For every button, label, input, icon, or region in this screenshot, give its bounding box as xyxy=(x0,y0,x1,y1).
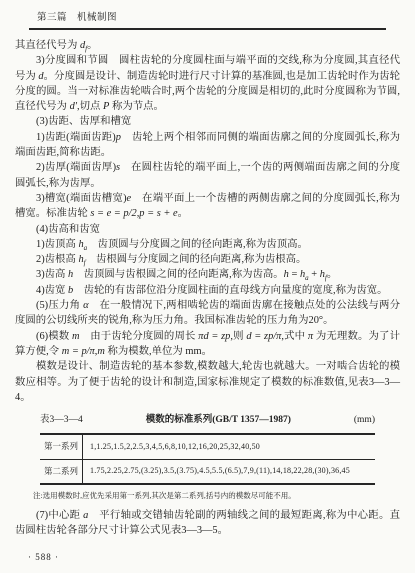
text-run: 。 xyxy=(87,40,97,51)
table-number: 表3—3—4 xyxy=(40,413,83,428)
text-run: 。 xyxy=(178,208,188,219)
text-run: 4)齿宽 xyxy=(36,285,68,296)
running-head-text: 第三篇 机械制图 xyxy=(37,13,117,23)
page-number: · 588 · xyxy=(28,552,59,562)
text-run: + xyxy=(309,269,320,280)
text-run: (5)压力角 xyxy=(36,300,83,311)
paragraph-centre-distance: (7)中心距 a 平行轴或交错轴齿轮副的两轴线之间的最短距离,称为中心距。直齿圆… xyxy=(15,508,400,539)
math-var: m xyxy=(72,331,80,342)
math-var: m xyxy=(97,346,105,357)
paragraph-tooth-thickness: 2)齿厚(端面齿厚)s 在圆柱齿轮的端平面上,一个齿的两侧端面齿廓之间的分度圆弧… xyxy=(15,160,400,191)
text-run: 2)齿厚(端面齿厚) xyxy=(36,162,116,173)
text-run: 齿根圆与分度圆之间的径向距离,称为齿根高。 xyxy=(86,254,307,265)
paragraph-diameter-symbol: 其直径代号为 df。 xyxy=(15,38,400,53)
text-run: 其直径代号为 xyxy=(15,40,80,51)
text-run: = xyxy=(289,269,300,280)
paragraph-addendum: 1)齿顶高 ha 齿顶圆与分度圆之间的径向距离,称为齿顶高。 xyxy=(15,237,400,252)
text-run: (4)齿高和齿宽 xyxy=(36,224,100,235)
table-row: 第一系列 1,1.25,1.5,2,2.5,3,4,5,6,8,10,12,16… xyxy=(40,434,375,459)
text-run: ,式中 xyxy=(281,331,308,342)
text-run: 齿顶圆与分度圆之间的径向距离,称为齿顶高。 xyxy=(87,239,308,250)
paragraph-module: (6)模数 m 由于齿轮分度圆的周长 πd = zp,则 d = zp/π,式中… xyxy=(15,329,400,360)
table-caption: 表3—3—4 模数的标准系列(GB/T 1357—1987) (mm) xyxy=(40,413,375,428)
paragraph-pressure-angle: (5)压力角 α 在一般情况下,两相啮轮齿的端面齿廓在接触点处的公法线与两分度圆… xyxy=(15,298,400,329)
document-page: 第三篇 机械制图 其直径代号为 df。 3)分度圆和节圆 圆柱齿轮的分度圆柱面与… xyxy=(0,0,415,573)
table-title: 模数的标准系列(GB/T 1357—1987) xyxy=(146,413,291,428)
math-var: d′ xyxy=(70,101,77,112)
module-table-block: 表3—3—4 模数的标准系列(GB/T 1357—1987) (mm) 第一系列… xyxy=(40,413,375,485)
table-note: 注:选用模数时,应优先采用第一系列,其次是第二系列,括号内的模数尽可能不用。 xyxy=(33,491,390,501)
text-run: 1)齿顶高 xyxy=(36,239,78,250)
page-body: 其直径代号为 df。 3)分度圆和节圆 圆柱齿轮的分度圆柱面与端平面的交线,称为… xyxy=(15,38,400,539)
text-run: 称为模数,单位为 mm。 xyxy=(105,346,212,357)
text-run: 模数是设计、制造齿轮的基本参数,模数越大,轮齿也就越大。一对啮合齿轮的模数应相等… xyxy=(15,361,400,403)
paragraph-face-width: 4)齿宽 b 齿轮的有齿部位沿分度圆柱面的直母线方向量度的宽度,称为齿宽。 xyxy=(15,283,400,298)
text-run: 。 xyxy=(327,269,337,280)
table-row: 第二系列 1.75,2.25,2.75,(3.25),3.5,(3.75),4.… xyxy=(40,459,375,484)
text-run: 称为节点。 xyxy=(109,101,164,112)
text-run: (6)模数 xyxy=(36,331,72,342)
module-standard-table: 第一系列 1,1.25,1.5,2,2.5,3,4,5,6,8,10,12,16… xyxy=(40,433,375,485)
math-formula: m = p/π xyxy=(62,346,95,357)
running-head: 第三篇 机械制图 xyxy=(29,9,386,30)
math-formula: s = e = p/2,p = s + e xyxy=(90,208,177,219)
paragraph-module-standard: 模数是设计、制造齿轮的基本参数,模数越大,轮齿也就越大。一对啮合齿轮的模数应相等… xyxy=(15,359,400,405)
row-values-cell: 1,1.25,1.5,2,2.5,3,4,5,6,8,10,12,16,20,2… xyxy=(83,434,376,459)
paragraph-tooth-height: 3)齿高 h 齿顶圆与齿根圆之间的径向距离,称为齿高。h = ha + hf。 xyxy=(15,267,400,282)
paragraph-space-width: 3)槽宽(端面齿槽宽)e 在端平面上一个齿槽的两侧齿廓之间的分度圆弧长,称为槽宽… xyxy=(15,191,400,222)
text-run: (7)中心距 xyxy=(36,510,83,521)
text-run: 齿轮的有齿部位沿分度圆柱面的直母线方向量度的宽度,称为齿宽。 xyxy=(73,285,387,296)
text-run: 2)齿根高 xyxy=(36,254,78,265)
row-label-cell: 第一系列 xyxy=(40,434,83,459)
text-run: 齿顶圆与齿根圆之间的径向距离,称为齿高。 xyxy=(73,269,283,280)
math-formula: πd = zp xyxy=(198,331,230,342)
heading-pitch-thickness-width: (3)齿距、齿厚和槽宽 xyxy=(15,114,400,129)
math-formula: d = zp/π xyxy=(246,331,281,342)
paragraph-pitch-circle: 3)分度圆和节圆 圆柱齿轮的分度圆柱面与端平面的交线,称为分度圆,其直径代号为 … xyxy=(15,53,400,114)
text-run: 由于齿轮分度圆的周长 xyxy=(80,331,199,342)
text-run: 3)槽宽(端面齿槽宽) xyxy=(36,193,127,204)
table-unit: (mm) xyxy=(354,413,375,428)
paragraph-dedendum: 2)齿根高 hf 齿根圆与分度圆之间的径向距离,称为齿根高。 xyxy=(15,252,400,267)
text-run: 1)齿距(端面齿距) xyxy=(36,132,116,143)
text-run: ,则 xyxy=(230,331,246,342)
row-values-cell: 1.75,2.25,2.75,(3.25),3.5,(3.75),4.5,5.5… xyxy=(83,459,376,484)
row-label-cell: 第二系列 xyxy=(40,459,83,484)
text-run: 3)齿高 xyxy=(36,269,68,280)
paragraph-pitch: 1)齿距(端面齿距)p 齿轮上两个相邻而同侧的端面齿廓之间的分度圆弧长,称为端面… xyxy=(15,130,400,161)
text-run: ,切点 xyxy=(77,101,103,112)
heading-tooth-height-width: (4)齿高和齿宽 xyxy=(15,222,400,237)
text-run: (3)齿距、齿厚和槽宽 xyxy=(36,116,131,127)
